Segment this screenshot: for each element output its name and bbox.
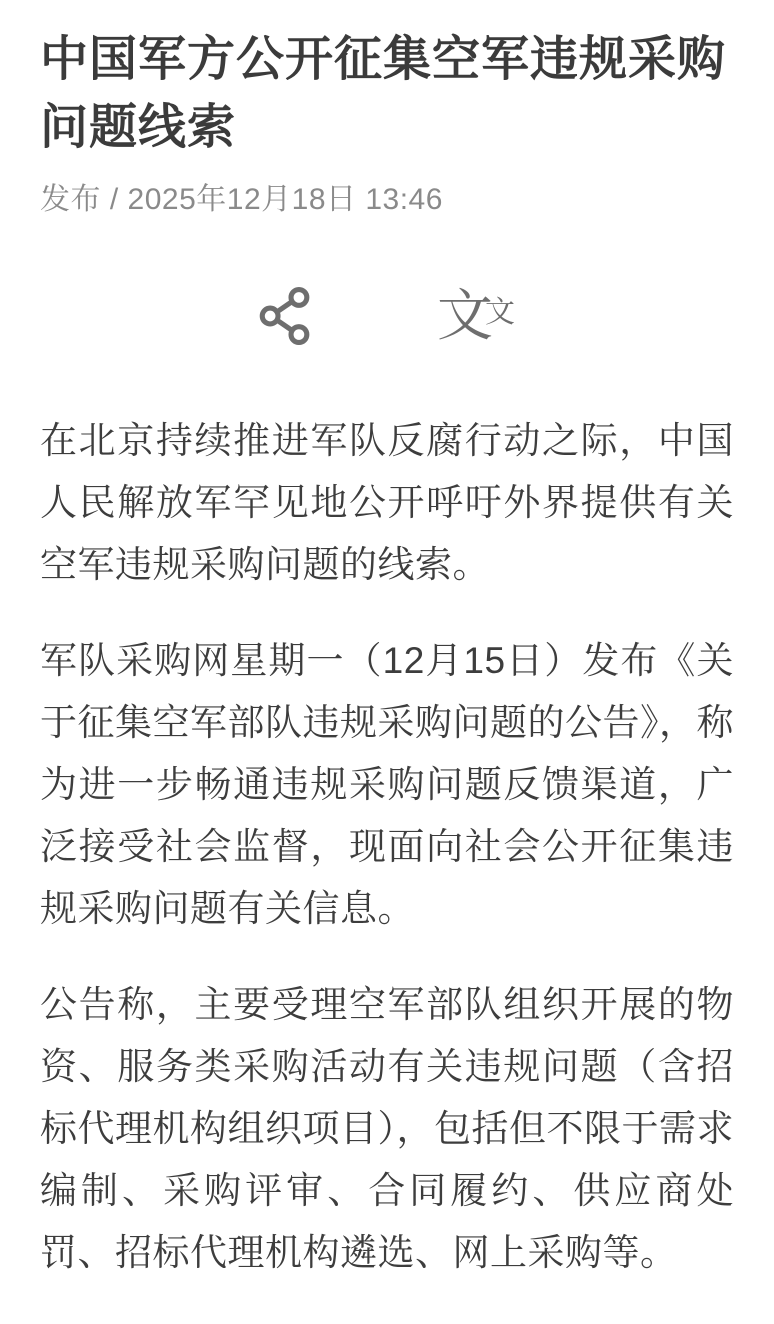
byline-separator: / xyxy=(110,183,119,216)
translate-glyph-small: 文 xyxy=(485,298,515,328)
translate-icon: 文 文 xyxy=(437,288,515,344)
publish-datetime: 2025年12月18日 13:46 xyxy=(128,183,443,216)
paragraph: 在北京持续推进军队反腐行动之际，中国人民解放军罕见地公开呼吁外界提供有关空军违规… xyxy=(40,410,734,596)
translate-button[interactable]: 文 文 xyxy=(437,288,515,344)
page-title: 中国军方公开征集空军违规采购问题线索 xyxy=(40,26,734,162)
article-page: 中国军方公开征集空军违规采购问题线索 发布 / 2025年12月18日 13:4… xyxy=(0,0,774,1324)
byline: 发布 / 2025年12月18日 13:46 xyxy=(40,180,734,220)
paragraph: 军队采购网星期一（12月15日）发布《关于征集空军部队违规采购问题的公告》，称为… xyxy=(40,630,734,940)
article-toolbar: 文 文 xyxy=(40,276,734,356)
publish-label: 发布 xyxy=(40,183,101,216)
share-button[interactable] xyxy=(259,285,311,347)
article: 中国军方公开征集空军违规采购问题线索 发布 / 2025年12月18日 13:4… xyxy=(0,0,774,1324)
article-body: 在北京持续推进军队反腐行动之际，中国人民解放军罕见地公开呼吁外界提供有关空军违规… xyxy=(40,410,734,1284)
paragraph: 公告称，主要受理空军部队组织开展的物资、服务类采购活动有关违规问题（含招标代理机… xyxy=(40,974,734,1284)
share-icon xyxy=(259,285,311,347)
